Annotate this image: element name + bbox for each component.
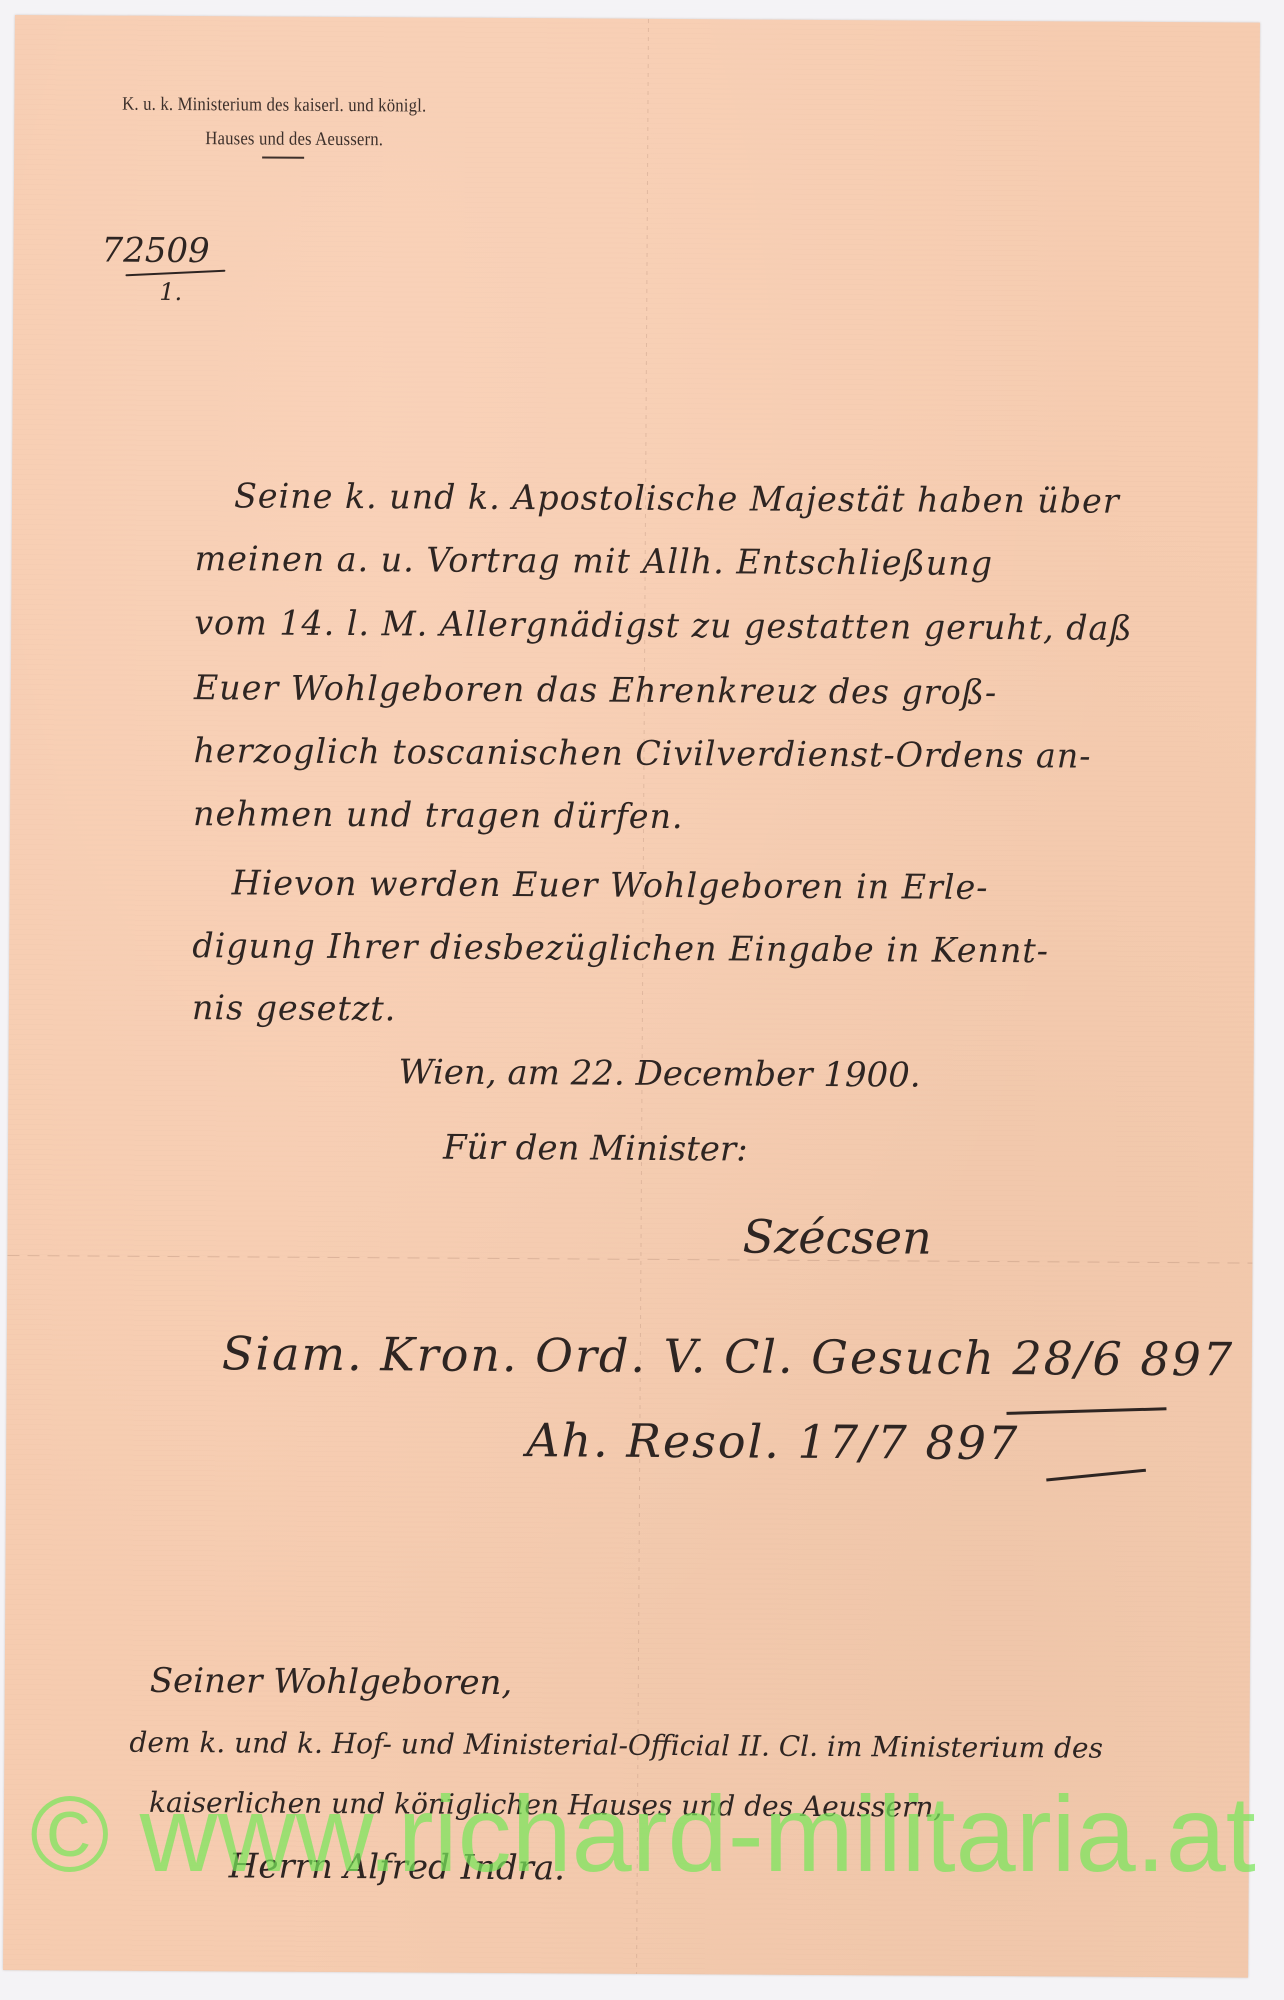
letterhead-line-2: Hauses und des Aeussern. xyxy=(171,128,418,152)
horizontal-fold-line xyxy=(7,1255,1252,1264)
body-line: nehmen und tragen dürfen. xyxy=(193,794,684,837)
annotation-line-1: Siam. Kron. Ord. V. Cl. Gesuch 28/6 897 xyxy=(222,1326,1235,1386)
signature: Szécsen xyxy=(742,1209,932,1264)
address-salutation: Seiner Wohlgeboren, xyxy=(150,1661,513,1703)
letter-paper: K. u. k. Ministerium des kaiserl. und kö… xyxy=(3,15,1260,1978)
copyright-watermark: © www.richard-militaria.at xyxy=(30,1780,1256,1888)
body-line: meinen a. u. Vortrag mit Allh. Entschlie… xyxy=(195,539,994,584)
reference-number: 72509 xyxy=(101,231,209,272)
address-line-1: dem k. und k. Hof- und Ministerial-Offic… xyxy=(129,1726,1103,1765)
annotation-line-2: Ah. Resol. 17/7 897 xyxy=(526,1413,1019,1470)
letterhead-line-1: K. u. k. Ministerium des kaiserl. und kö… xyxy=(89,93,459,117)
annotation-underline-1 xyxy=(1006,1407,1166,1415)
body-line: Hievon werden Euer Wohlgeboren in Erle- xyxy=(232,863,989,908)
for-minister-line: Für den Minister: xyxy=(443,1128,748,1170)
body-line: nis gesetzt. xyxy=(192,988,397,1029)
body-line: vom 14. l. M. Allergnädigst zu gestatten… xyxy=(194,603,1133,649)
body-line: herzoglich toscanischen Civilverdienst-O… xyxy=(193,731,1091,776)
vertical-fold-line xyxy=(636,19,649,1974)
letter-date: Wien, am 22. December 1900. xyxy=(398,1052,920,1095)
reference-sub-number: 1. xyxy=(159,278,182,306)
annotation-underline-2 xyxy=(1046,1469,1146,1482)
body-line: digung Ihrer diesbezüglichen Eingabe in … xyxy=(192,926,1049,971)
letterhead-rule xyxy=(262,157,304,159)
body-line: Euer Wohlgeboren das Ehrenkreuz des groß… xyxy=(194,668,998,713)
body-line: Seine k. und k. Apostolische Majestät ha… xyxy=(234,476,1120,521)
